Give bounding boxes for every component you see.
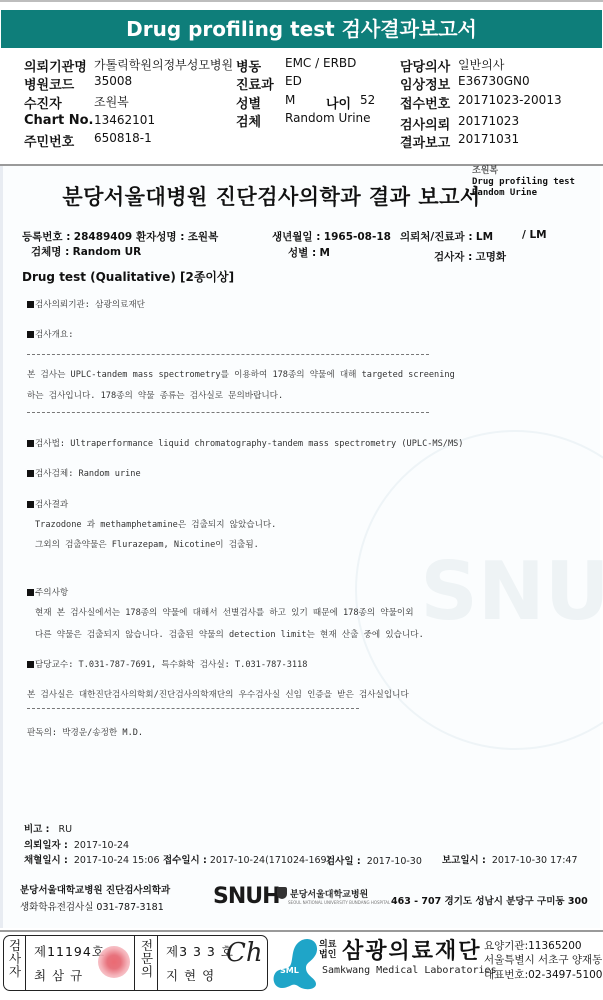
value-chart-no: 13462101: [94, 113, 155, 127]
tester-label-cell: 검 사 자: [4, 936, 26, 990]
hospital-dept: 분당서울대학교병원 진단검사의학과: [20, 882, 170, 896]
dashed-divider: [27, 354, 429, 355]
snuh-logo-english: SEOUL NATIONAL UNIVERSITY BUNDANG HOSPIT…: [288, 900, 390, 905]
label-clinical-info: 임상정보: [400, 74, 450, 93]
value-patient-name: 조원복: [94, 93, 129, 110]
dashed-divider: [27, 708, 359, 709]
specialist-license-no: 제3 3 3 호: [166, 942, 234, 960]
bullet-icon: [27, 301, 34, 308]
tester-license-no: 제11194호: [34, 942, 105, 960]
specialist-name: 지 현 영: [166, 966, 215, 984]
method-line: 검사법: Ultraperformance liquid chromatogra…: [27, 437, 463, 449]
institution-line: 검사의뢰기관: 삼광의료재단: [27, 298, 145, 310]
value-ward: EMC / ERBD: [285, 56, 356, 70]
overview-line-1: 본 검사는 UPLC-tandem mass spectrometry를 이용하…: [27, 368, 455, 380]
value-requesting-institution: 가톨릭학원의정부성모병원: [94, 56, 233, 73]
label-doctor: 담당의사: [400, 56, 450, 75]
patient-info: 의뢰기관명 가톨릭학원의정부성모병원 병원코드 35008 수진자 조원복 Ch…: [0, 52, 603, 144]
value-hospital-code: 35008: [94, 74, 132, 88]
bullet-icon: [27, 470, 34, 477]
caution-line-1: 현재 본 검사실에서는 178종의 약물에 대해서 선별검사를 하고 있기 때문…: [35, 606, 414, 618]
patient-name: 환자성명 : 조원복: [136, 229, 218, 244]
report-sex: 성별 : M: [288, 245, 330, 260]
seal-stamp-icon: [98, 946, 130, 978]
document-title: Drug profiling test 검사결과보고서: [1, 10, 602, 48]
hospital-address: 463 - 707 경기도 성남시 분당구 구미동 300: [391, 893, 588, 907]
value-doctor: 일반의사: [458, 56, 504, 73]
result-line-2: 그외의 검출약물은 Flurazepam, Nicotine이 검출됨.: [35, 538, 259, 550]
request-date: 의뢰일자 : 2017-10-24: [24, 837, 129, 851]
overview-line-2: 하는 검사입니다. 178종의 약물 종류는 검사실로 문의바랍니다.: [27, 389, 283, 401]
label-age: 나이: [326, 93, 351, 112]
corner-tag: 조원복 Drug profiling test Random Urine: [472, 166, 575, 199]
bullet-icon: [27, 331, 34, 338]
bullet-icon: [27, 589, 34, 596]
lab-name: 삼광의료재단: [342, 934, 482, 965]
tester-name: 최 삼 규: [34, 966, 83, 984]
report-datetime: 보고일시 : 2017-10-30 17:47: [442, 852, 577, 866]
contact-line: 담당교수: T.031-787-7691, 특수화학 검사실: T.031-78…: [27, 658, 307, 670]
label-ward: 병동: [236, 56, 261, 75]
test-date: 검사일 : 2017-10-30: [326, 853, 422, 867]
value-test-request: 20171023: [458, 114, 519, 128]
label-resident-no: 주민번호: [24, 131, 74, 150]
test-section-title: Drug test (Qualitative) [2종이상]: [22, 268, 234, 285]
label-sex: 성별: [236, 93, 261, 112]
result-heading: 검사결과: [27, 498, 68, 510]
reader-line: 판독의: 박경운/송정한 M.D.: [27, 726, 143, 738]
value-sex: M: [285, 93, 295, 107]
value-specimen: Random Urine: [285, 111, 371, 125]
certification-line: 본 검사실은 대한진단검사의학회/진단검사의학재단의 우수검사실 신임 인증을 …: [27, 688, 409, 700]
label-department: 진료과: [236, 74, 274, 93]
value-result-report: 20171031: [458, 132, 519, 146]
lab-address: 서울특별시 서초구 양재동: [484, 952, 602, 967]
lab-phone: 대표번호:02-3497-5100: [484, 967, 603, 982]
specimen-line: 검사검체: Random urine: [27, 467, 141, 479]
snuh-logo: SNUH: [213, 884, 280, 909]
label-receipt-no: 접수번호: [400, 93, 450, 112]
caution-line-2: 다른 약물은 검출되지 않습니다. 검출된 약물의 detection limi…: [35, 628, 424, 640]
value-resident-no: 650818-1: [94, 131, 152, 145]
label-result-report: 결과보고: [400, 132, 450, 151]
overview-heading: 검사개요:: [27, 328, 73, 340]
bullet-icon: [27, 501, 34, 508]
result-line-1: Trazodone 과 methamphetamine은 검출되지 않았습니다.: [35, 518, 276, 530]
lab-code: 요양기관:11365200: [484, 938, 582, 953]
remark: 비고 : RU: [24, 821, 72, 835]
label-test-request: 검사의뢰: [400, 114, 450, 133]
signature-box: 검 사 자 제11194호 최 삼 규 전 문 의 제3 3 3 호 지 현 영…: [3, 935, 268, 991]
sml-logo-text: SML: [280, 966, 299, 975]
value-clinical-info: E36730GN0: [458, 74, 530, 88]
signature-icon: Ch: [226, 938, 263, 968]
dob: 생년월일 : 1965-08-18: [272, 229, 391, 244]
sml-logo-icon: [272, 938, 322, 990]
receipt-datetime: 접수일시 : 2017-10-24(171024-169): [163, 852, 330, 866]
caution-heading: 주의사항: [27, 586, 68, 598]
specialist-label-cell: 전 문 의: [134, 936, 158, 990]
label-hospital-code: 병원코드: [24, 74, 74, 93]
corp-type: 의료 법인: [319, 940, 336, 960]
value-department: ED: [285, 74, 302, 88]
lab-phone: 생화학유전검사실 031-787-3181: [20, 899, 164, 913]
label-patient-name: 수진자: [24, 93, 62, 112]
collect-datetime: 채혈일시 : 2017-10-24 15:06: [24, 852, 159, 866]
reg-no: 등록번호 : 28489409: [22, 229, 132, 244]
dept: 의뢰처/진료과 : LM: [400, 229, 493, 244]
bullet-icon: [27, 440, 34, 447]
header-bar: Drug profiling test 검사결과보고서: [0, 0, 603, 50]
specimen-name: 검체명 : Random UR: [31, 244, 141, 259]
snuh-emblem-icon: [277, 887, 287, 899]
label-specimen: 검체: [236, 111, 261, 130]
dashed-divider: [27, 412, 429, 413]
value-receipt-no: 20171023-20013: [458, 93, 562, 107]
tester: 검사자 : 고명화: [434, 249, 506, 264]
bottom-divider: [0, 930, 603, 932]
value-age: 52: [360, 93, 375, 107]
label-requesting-institution: 의뢰기관명: [24, 56, 87, 75]
snuh-logo-subtitle: 분당서울대학교병원: [290, 887, 368, 900]
dept2: / LM: [522, 229, 547, 241]
bullet-icon: [27, 661, 34, 668]
lab-english-name: Samkwang Medical Laboratories: [322, 965, 497, 976]
label-chart-no: Chart No.: [24, 113, 93, 128]
